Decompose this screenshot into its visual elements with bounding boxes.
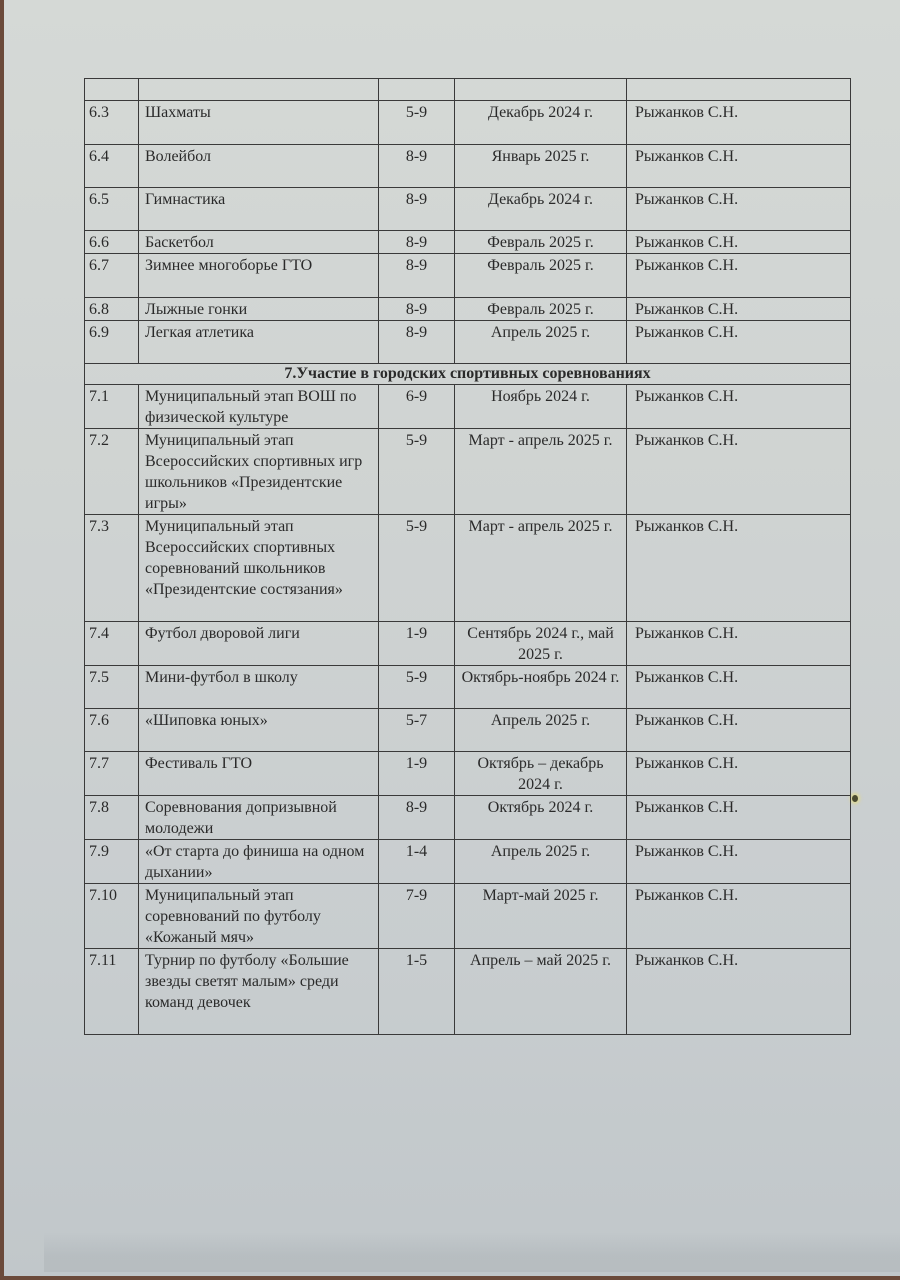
grade-range: 8-9 — [379, 188, 455, 231]
paper-page: 6.3Шахматы5-9Декабрь 2024 г.Рыжанков С.Н… — [4, 0, 900, 1276]
event-name: Баскетбол — [139, 231, 379, 254]
event-name: Муниципальный этап Всероссийских спортив… — [139, 515, 379, 622]
item-number: 6.9 — [85, 321, 139, 364]
event-name: Фестиваль ГТО — [139, 752, 379, 796]
item-number: 6.3 — [85, 101, 139, 145]
responsible-person: Рыжанков С.Н. — [627, 298, 851, 321]
responsible-person: Рыжанков С.Н. — [627, 796, 851, 840]
event-date: Октябрь-ноябрь 2024 г. — [455, 666, 627, 709]
event-name: Соревнования допризывной молодежи — [139, 796, 379, 840]
table-row: 6.4Волейбол8-9Январь 2025 г.Рыжанков С.Н… — [85, 145, 851, 188]
responsible-person: Рыжанков С.Н. — [627, 949, 851, 1035]
event-name: Гимнастика — [139, 188, 379, 231]
grade-range: 8-9 — [379, 298, 455, 321]
event-name: Легкая атлетика — [139, 321, 379, 364]
table-row: 6.7Зимнее многоборье ГТО8-9Февраль 2025 … — [85, 254, 851, 298]
responsible-person: Рыжанков С.Н. — [627, 840, 851, 884]
event-date: Октябрь 2024 г. — [455, 796, 627, 840]
item-number: 6.8 — [85, 298, 139, 321]
item-number: 7.7 — [85, 752, 139, 796]
table-row: 6.5Гимнастика8-9Декабрь 2024 г.Рыжанков … — [85, 188, 851, 231]
table-row: 7.11Турнир по футболу «Большие звезды св… — [85, 949, 851, 1035]
grade-range: 5-9 — [379, 515, 455, 622]
table-row: 6.3Шахматы5-9Декабрь 2024 г.Рыжанков С.Н… — [85, 101, 851, 145]
grade-range: 1-9 — [379, 752, 455, 796]
table-row: 6.9Легкая атлетика8-9Апрель 2025 г.Рыжан… — [85, 321, 851, 364]
event-date: Март - апрель 2025 г. — [455, 429, 627, 515]
paper-speck — [852, 795, 858, 802]
responsible-person: Рыжанков С.Н. — [627, 145, 851, 188]
event-name: Мини-футбол в школу — [139, 666, 379, 709]
responsible-person: Рыжанков С.Н. — [627, 515, 851, 622]
event-name: Муниципальный этап соревнований по футбо… — [139, 884, 379, 949]
grade-range: 8-9 — [379, 254, 455, 298]
table-row: 6.6Баскетбол8-9Февраль 2025 г.Рыжанков С… — [85, 231, 851, 254]
event-date: Март - апрель 2025 г. — [455, 515, 627, 622]
table-row: 7.6«Шиповка юных»5-7Апрель 2025 г.Рыжанк… — [85, 709, 851, 752]
grade-range: 8-9 — [379, 796, 455, 840]
blank-cell — [455, 79, 627, 101]
item-number: 7.8 — [85, 796, 139, 840]
table-row: 7.7Фестиваль ГТО1-9Октябрь – декабрь 202… — [85, 752, 851, 796]
grade-range: 8-9 — [379, 231, 455, 254]
event-date: Февраль 2025 г. — [455, 254, 627, 298]
blank-cell — [85, 79, 139, 101]
event-name: Муниципальный этап Всероссийских спортив… — [139, 429, 379, 515]
event-date: Январь 2025 г. — [455, 145, 627, 188]
event-name: Футбол дворовой лиги — [139, 622, 379, 666]
responsible-person: Рыжанков С.Н. — [627, 101, 851, 145]
responsible-person: Рыжанков С.Н. — [627, 188, 851, 231]
event-date: Апрель 2025 г. — [455, 321, 627, 364]
event-name: Зимнее многоборье ГТО — [139, 254, 379, 298]
schedule-table-wrapper: 6.3Шахматы5-9Декабрь 2024 г.Рыжанков С.Н… — [84, 78, 850, 1035]
grade-range: 5-9 — [379, 666, 455, 709]
event-date: Декабрь 2024 г. — [455, 101, 627, 145]
event-date: Апрель 2025 г. — [455, 840, 627, 884]
grade-range: 5-9 — [379, 101, 455, 145]
responsible-person: Рыжанков С.Н. — [627, 752, 851, 796]
grade-range: 1-9 — [379, 622, 455, 666]
event-date: Апрель 2025 г. — [455, 709, 627, 752]
item-number: 7.10 — [85, 884, 139, 949]
grade-range: 5-9 — [379, 429, 455, 515]
table-row: 7.9«От старта до финиша на одном дыхании… — [85, 840, 851, 884]
section-heading: 7.Участие в городских спортивных соревно… — [85, 364, 851, 385]
item-number: 7.11 — [85, 949, 139, 1035]
event-name: «От старта до финиша на одном дыхании» — [139, 840, 379, 884]
event-date: Сентябрь 2024 г., май 2025 г. — [455, 622, 627, 666]
event-date: Октябрь – декабрь 2024 г. — [455, 752, 627, 796]
responsible-person: Рыжанков С.Н. — [627, 385, 851, 429]
grade-range: 8-9 — [379, 321, 455, 364]
responsible-person: Рыжанков С.Н. — [627, 622, 851, 666]
item-number: 7.1 — [85, 385, 139, 429]
table-row: 7.1Муниципальный этап ВОШ по физической … — [85, 385, 851, 429]
blank-cell — [139, 79, 379, 101]
event-date: Март-май 2025 г. — [455, 884, 627, 949]
event-date: Апрель – май 2025 г. — [455, 949, 627, 1035]
grade-range: 1-4 — [379, 840, 455, 884]
event-date: Декабрь 2024 г. — [455, 188, 627, 231]
responsible-person: Рыжанков С.Н. — [627, 231, 851, 254]
item-number: 7.6 — [85, 709, 139, 752]
responsible-person: Рыжанков С.Н. — [627, 321, 851, 364]
table-row: 7.8Соревнования допризывной молодежи8-9О… — [85, 796, 851, 840]
table-row: 7.2Муниципальный этап Всероссийских спор… — [85, 429, 851, 515]
grade-range: 6-9 — [379, 385, 455, 429]
section-heading-row: 7.Участие в городских спортивных соревно… — [85, 364, 851, 385]
responsible-person: Рыжанков С.Н. — [627, 709, 851, 752]
item-number: 7.9 — [85, 840, 139, 884]
event-name: Муниципальный этап ВОШ по физической кул… — [139, 385, 379, 429]
grade-range: 5-7 — [379, 709, 455, 752]
table-row: 7.5Мини-футбол в школу5-9Октябрь-ноябрь … — [85, 666, 851, 709]
item-number: 6.6 — [85, 231, 139, 254]
event-name: Волейбол — [139, 145, 379, 188]
table-row: 7.3Муниципальный этап Всероссийских спор… — [85, 515, 851, 622]
item-number: 6.5 — [85, 188, 139, 231]
event-date: Февраль 2025 г. — [455, 231, 627, 254]
table-row: 7.4Футбол дворовой лиги1-9Сентябрь 2024 … — [85, 622, 851, 666]
event-date: Февраль 2025 г. — [455, 298, 627, 321]
item-number: 6.4 — [85, 145, 139, 188]
event-name: Лыжные гонки — [139, 298, 379, 321]
blank-cell — [627, 79, 851, 101]
responsible-person: Рыжанков С.Н. — [627, 429, 851, 515]
event-name: «Шиповка юных» — [139, 709, 379, 752]
schedule-table: 6.3Шахматы5-9Декабрь 2024 г.Рыжанков С.Н… — [84, 78, 851, 1035]
table-row: 7.10Муниципальный этап соревнований по ф… — [85, 884, 851, 949]
blank-cell — [379, 79, 455, 101]
item-number: 6.7 — [85, 254, 139, 298]
responsible-person: Рыжанков С.Н. — [627, 254, 851, 298]
grade-range: 7-9 — [379, 884, 455, 949]
shadow — [44, 1232, 900, 1272]
grade-range: 8-9 — [379, 145, 455, 188]
blank-header-row — [85, 79, 851, 101]
responsible-person: Рыжанков С.Н. — [627, 666, 851, 709]
item-number: 7.5 — [85, 666, 139, 709]
event-name: Турнир по футболу «Большие звезды светят… — [139, 949, 379, 1035]
event-date: Ноябрь 2024 г. — [455, 385, 627, 429]
item-number: 7.3 — [85, 515, 139, 622]
responsible-person: Рыжанков С.Н. — [627, 884, 851, 949]
item-number: 7.4 — [85, 622, 139, 666]
event-name: Шахматы — [139, 101, 379, 145]
table-row: 6.8Лыжные гонки8-9Февраль 2025 г.Рыжанко… — [85, 298, 851, 321]
grade-range: 1-5 — [379, 949, 455, 1035]
item-number: 7.2 — [85, 429, 139, 515]
